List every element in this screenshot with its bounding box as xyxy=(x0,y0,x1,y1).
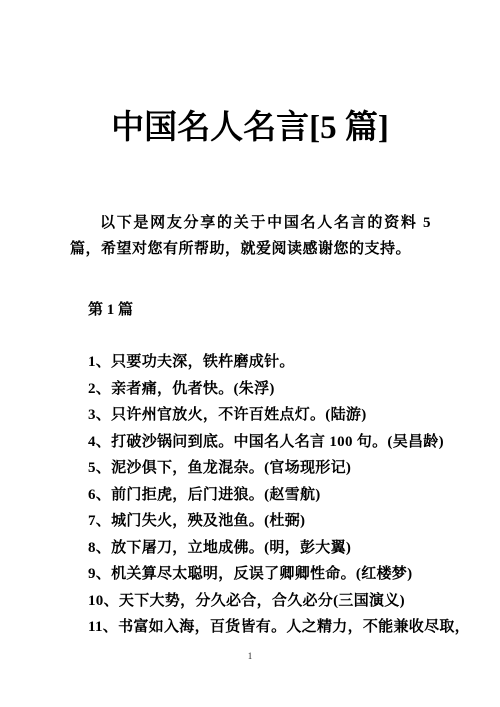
quote-line: 1、只要功夫深，铁杵磨成针。 xyxy=(88,349,488,376)
section-heading: 第 1 篇 xyxy=(88,297,133,323)
quote-line: 8、放下屠刀，立地成佛。(明，彭大翼) xyxy=(88,535,488,562)
intro-paragraph: 以下是网友分享的关于中国名人名言的资料 5 篇，希望对您有所帮助，就爱阅读感谢您… xyxy=(70,210,431,262)
quote-list: 1、只要功夫深，铁杵磨成针。2、亲者痛，仇者快。(朱浮)3、只许州官放火，不许百… xyxy=(88,349,488,641)
page-number: 1 xyxy=(0,651,500,661)
quote-line: 3、只许州官放火，不许百姓点灯。(陆游) xyxy=(88,402,488,429)
quote-line: 2、亲者痛，仇者快。(朱浮) xyxy=(88,376,488,403)
quote-line: 5、泥沙俱下，鱼龙混杂。(官场现形记) xyxy=(88,455,488,482)
document-page: 中国名人名言[5 篇] 以下是网友分享的关于中国名人名言的资料 5 篇，希望对您… xyxy=(0,0,500,707)
quote-line: 6、前门拒虎，后门进狼。(赵雪航) xyxy=(88,482,488,509)
quote-line: 9、机关算尽太聪明，反误了卿卿性命。(红楼梦) xyxy=(88,561,488,588)
quote-line: 4、打破沙锅问到底。中国名人名言 100 句。(吴昌龄) xyxy=(88,429,488,456)
quote-line: 10、天下大势，分久必合，合久必分(三国演义) xyxy=(88,588,488,615)
quote-line: 11、书富如入海，百货皆有。人之精力，不能兼收尽取， xyxy=(88,614,488,641)
quote-line: 7、城门失火，殃及池鱼。(杜弼) xyxy=(88,508,488,535)
document-title: 中国名人名言[5 篇] xyxy=(0,108,500,148)
